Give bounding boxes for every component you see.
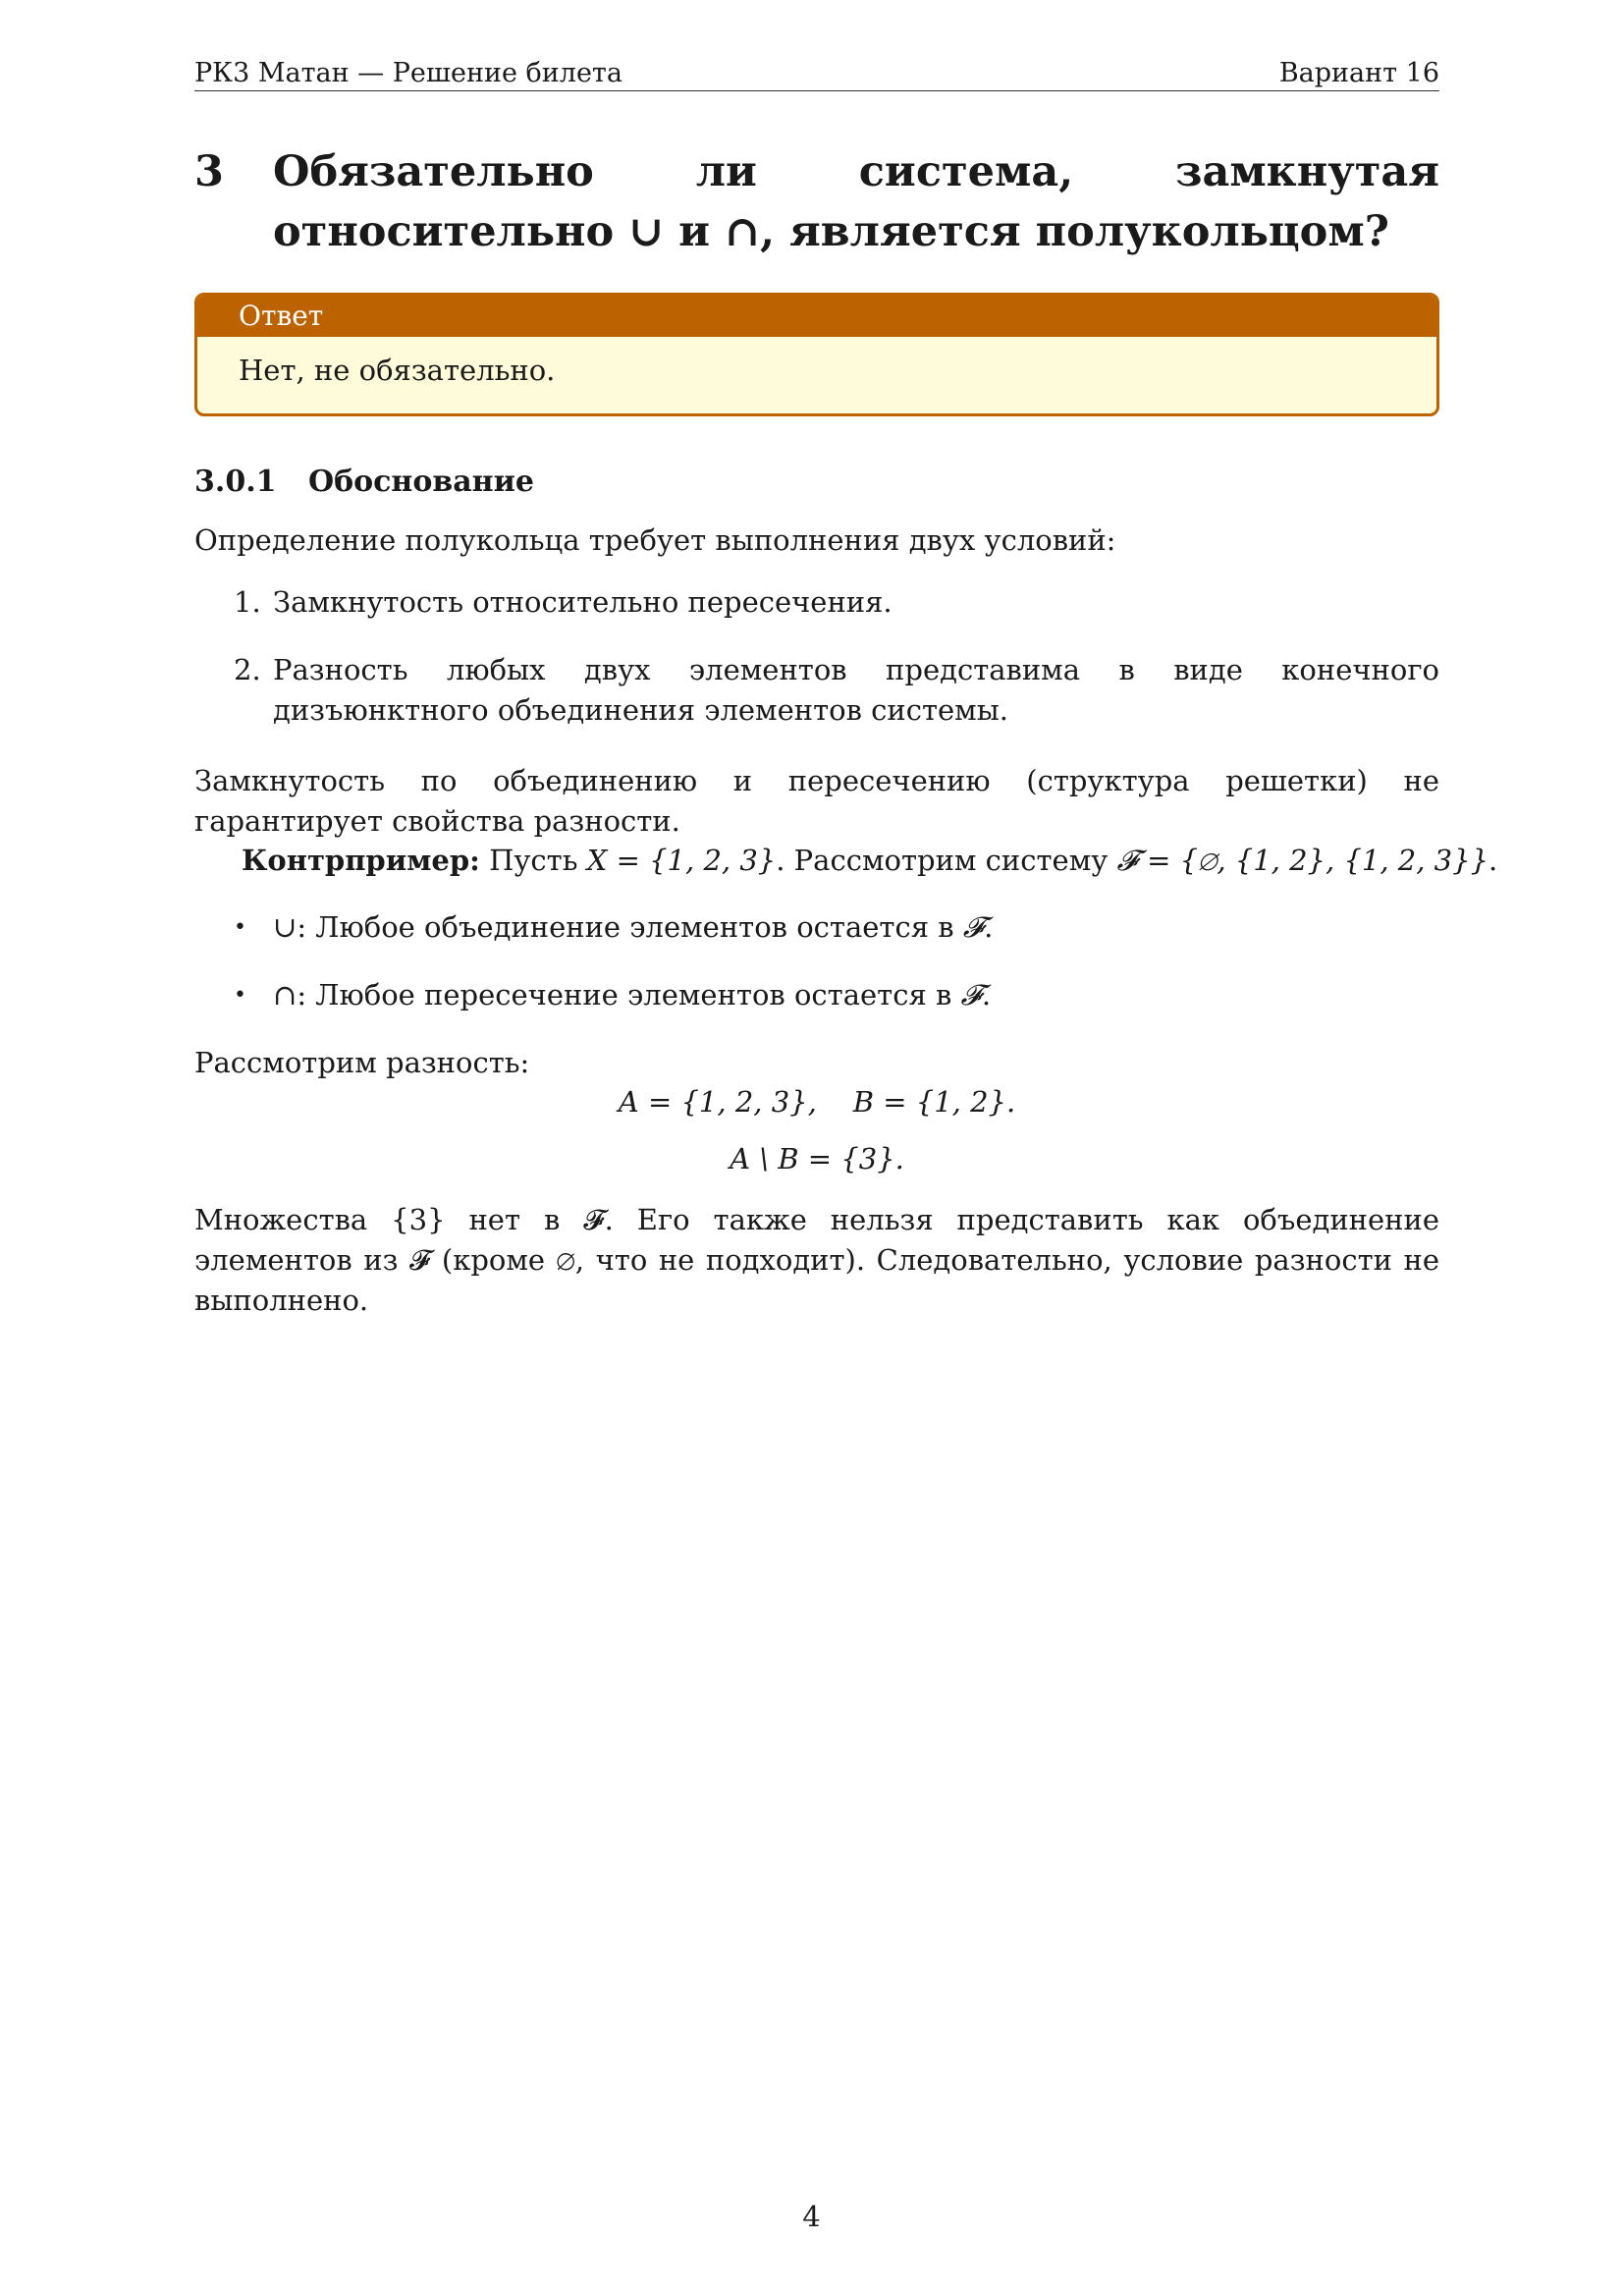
- header-variant: Вариант 16: [1279, 58, 1439, 88]
- list-item-text: ∩: Любое пересечение элементов остается …: [273, 975, 1439, 1015]
- section-title: Обязательно ли система, замкнутая относи…: [273, 142, 1439, 262]
- list-item: • ∩: Любое пересечение элементов остаетс…: [234, 975, 1439, 1015]
- list-marker: 1.: [234, 582, 273, 623]
- list-item: 1. Замкнутость относительно пересечения.: [234, 582, 1439, 623]
- section-heading: 3 Обязательно ли система, замкнутая отно…: [194, 142, 1439, 262]
- equation-difference: A \ B = {3}.: [194, 1139, 1439, 1179]
- counterexample-text: .: [1488, 844, 1497, 877]
- counterexample-text: Пусть: [489, 844, 587, 877]
- lattice-note-paragraph: Замкнутость по объединению и пересечению…: [194, 761, 1439, 842]
- bullet-icon: •: [234, 975, 273, 1015]
- page-number: 4: [0, 2200, 1623, 2233]
- answer-box-title: Ответ: [197, 296, 1436, 337]
- family-symbol: 𝓕: [961, 978, 982, 1011]
- list-item: • ∪: Любое объединение элементов остаетс…: [234, 907, 1439, 948]
- math-f-definition: 𝓕 = {∅, {1, 2}, {1, 2, 3}}: [1117, 844, 1488, 877]
- subsection-title: Обоснование: [308, 465, 534, 499]
- bullet-icon: •: [234, 907, 273, 948]
- conclusion-paragraph: Множества {3} нет в 𝓕. Его также нельзя …: [194, 1200, 1439, 1321]
- list-marker: 2.: [234, 650, 273, 690]
- counterexample-paragraph: Контрпример: Пусть X = {1, 2, 3}. Рассмо…: [194, 841, 1439, 881]
- subsection-number: 3.0.1: [194, 462, 308, 502]
- difference-intro: Рассмотрим разность:: [194, 1043, 1439, 1083]
- list-item-text: Разность любых двух элементов представим…: [273, 650, 1439, 731]
- property-text: : Любое объединение элементов остается в: [297, 910, 962, 944]
- intersection-symbol: ∩: [273, 978, 297, 1011]
- counterexample-label: Контрпример:: [242, 844, 480, 877]
- list-item-text: Замкнутость относительно пересечения.: [273, 582, 1439, 623]
- list-item-text: ∪: Любое объединение элементов остается …: [273, 907, 1439, 948]
- math-x-definition: X = {1, 2, 3}: [587, 844, 777, 877]
- counterexample-text: . Рассмотрим систему: [776, 844, 1116, 877]
- equation-sets: A = {1, 2, 3}, B = {1, 2}.: [194, 1082, 1439, 1122]
- answer-box-body: Нет, не обязательно.: [197, 337, 1436, 404]
- header-title: РК3 Матан — Решение билета: [194, 58, 622, 88]
- list-item: 2. Разность любых двух элементов предста…: [234, 650, 1439, 731]
- header-rule: [194, 90, 1439, 91]
- property-end: .: [982, 978, 991, 1011]
- running-header: РК3 Матан — Решение билета Вариант 16: [194, 51, 1439, 88]
- property-text: : Любое пересечение элементов остается в: [297, 978, 960, 1011]
- answer-box: Ответ Нет, не обязательно.: [194, 293, 1439, 416]
- intro-paragraph: Определение полукольца требует выполнени…: [194, 520, 1439, 561]
- family-symbol: 𝓕: [963, 910, 984, 944]
- section-number: 3: [194, 142, 224, 202]
- subsection-heading: 3.0.1Обоснование: [194, 462, 1439, 502]
- union-symbol: ∪: [273, 910, 297, 944]
- property-end: .: [984, 910, 993, 944]
